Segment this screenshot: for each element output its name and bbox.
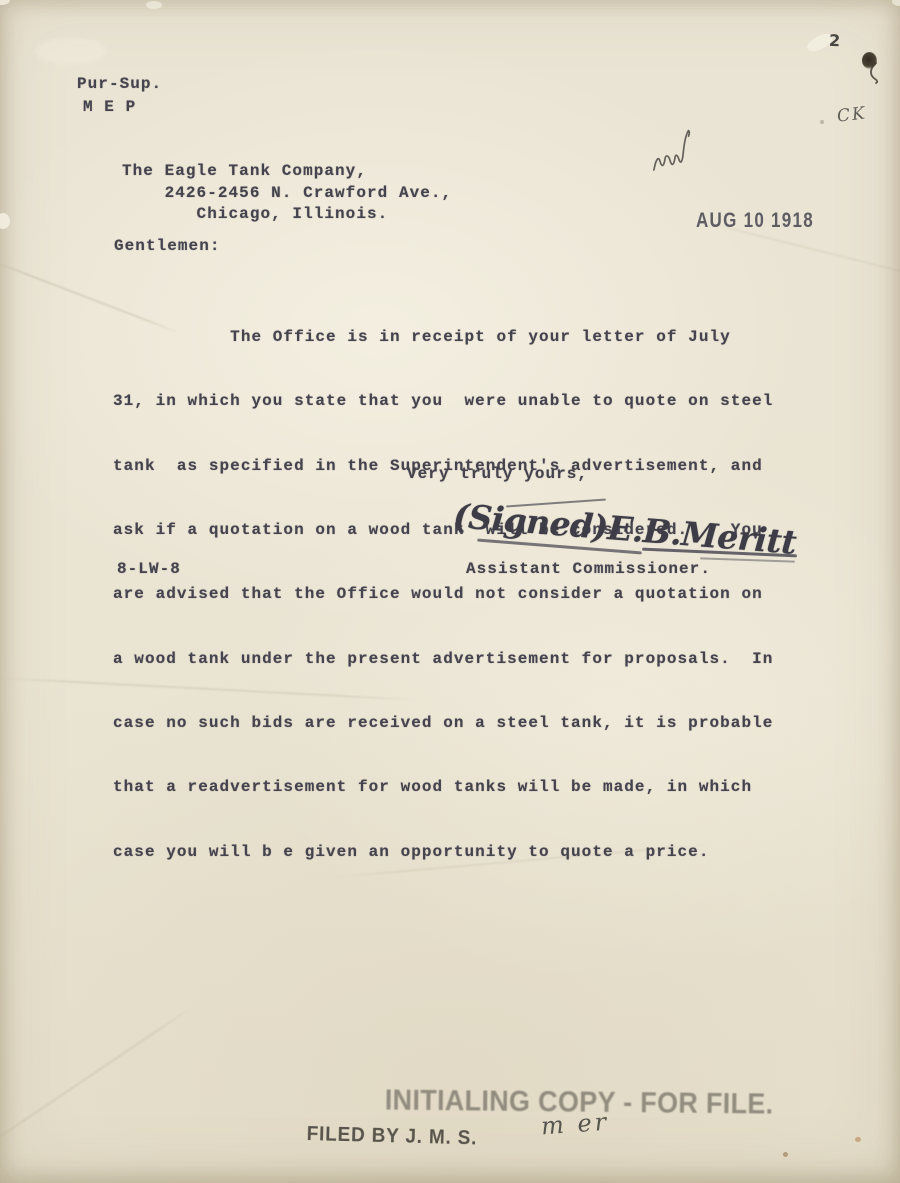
pencil-scribble xyxy=(646,126,699,177)
body-line: The Office is in receipt of your letter … xyxy=(113,327,773,348)
body-line: that a readvertisement for wood tanks wi… xyxy=(113,777,773,798)
paper-chip-top-right-corner xyxy=(892,0,900,6)
signer-title: Assistant Commissioner. xyxy=(466,559,711,580)
paper-crease xyxy=(0,1008,190,1144)
ink-curl-mark xyxy=(866,62,882,84)
filed-by-stamp: FILED BY J. M. S. xyxy=(306,1123,477,1151)
body-line: a wood tank under the present advertisem… xyxy=(113,649,773,670)
paper-chip-left-edge xyxy=(0,213,10,229)
paper-speck xyxy=(855,1137,861,1142)
office-code-line2: M E P xyxy=(83,97,136,118)
paper-chip-top-speck xyxy=(146,1,162,9)
recipient-name: The Eagle Tank Company, xyxy=(122,161,367,182)
body-line: case you will b e given an opportunity t… xyxy=(113,842,773,863)
recipient-street: 2426-2456 N. Crawford Ave., xyxy=(122,183,452,204)
pencil-check-mark: CK xyxy=(836,103,868,126)
paper-chip-top-left-emboss xyxy=(36,38,106,64)
clerk-initials-handwritten: m er xyxy=(540,1108,610,1141)
office-code-line1: Pur-Sup. xyxy=(77,74,162,95)
paper-speck xyxy=(783,1152,788,1157)
paper-speck xyxy=(820,120,824,124)
paper-chip-top-left-corner xyxy=(0,0,10,5)
body-line: are advised that the Office would not co… xyxy=(113,584,773,605)
closing-phrase: Very truly yours, xyxy=(407,464,588,485)
letter-body: The Office is in receipt of your letter … xyxy=(113,284,773,906)
date-received-stamp: AUG 10 1918 xyxy=(696,209,814,233)
page-number-mark: 2 xyxy=(829,31,841,51)
letter-page: 2 CK Pur-Sup. M E P The Eagle Tank Compa… xyxy=(0,0,900,1183)
salutation: Gentlemen: xyxy=(114,236,221,257)
reference-code: 8-LW-8 xyxy=(117,559,181,580)
body-line: 31, in which you state that you were una… xyxy=(113,391,773,412)
recipient-city: Chicago, Illinois. xyxy=(122,204,388,225)
body-line: case no such bids are received on a stee… xyxy=(113,713,773,734)
